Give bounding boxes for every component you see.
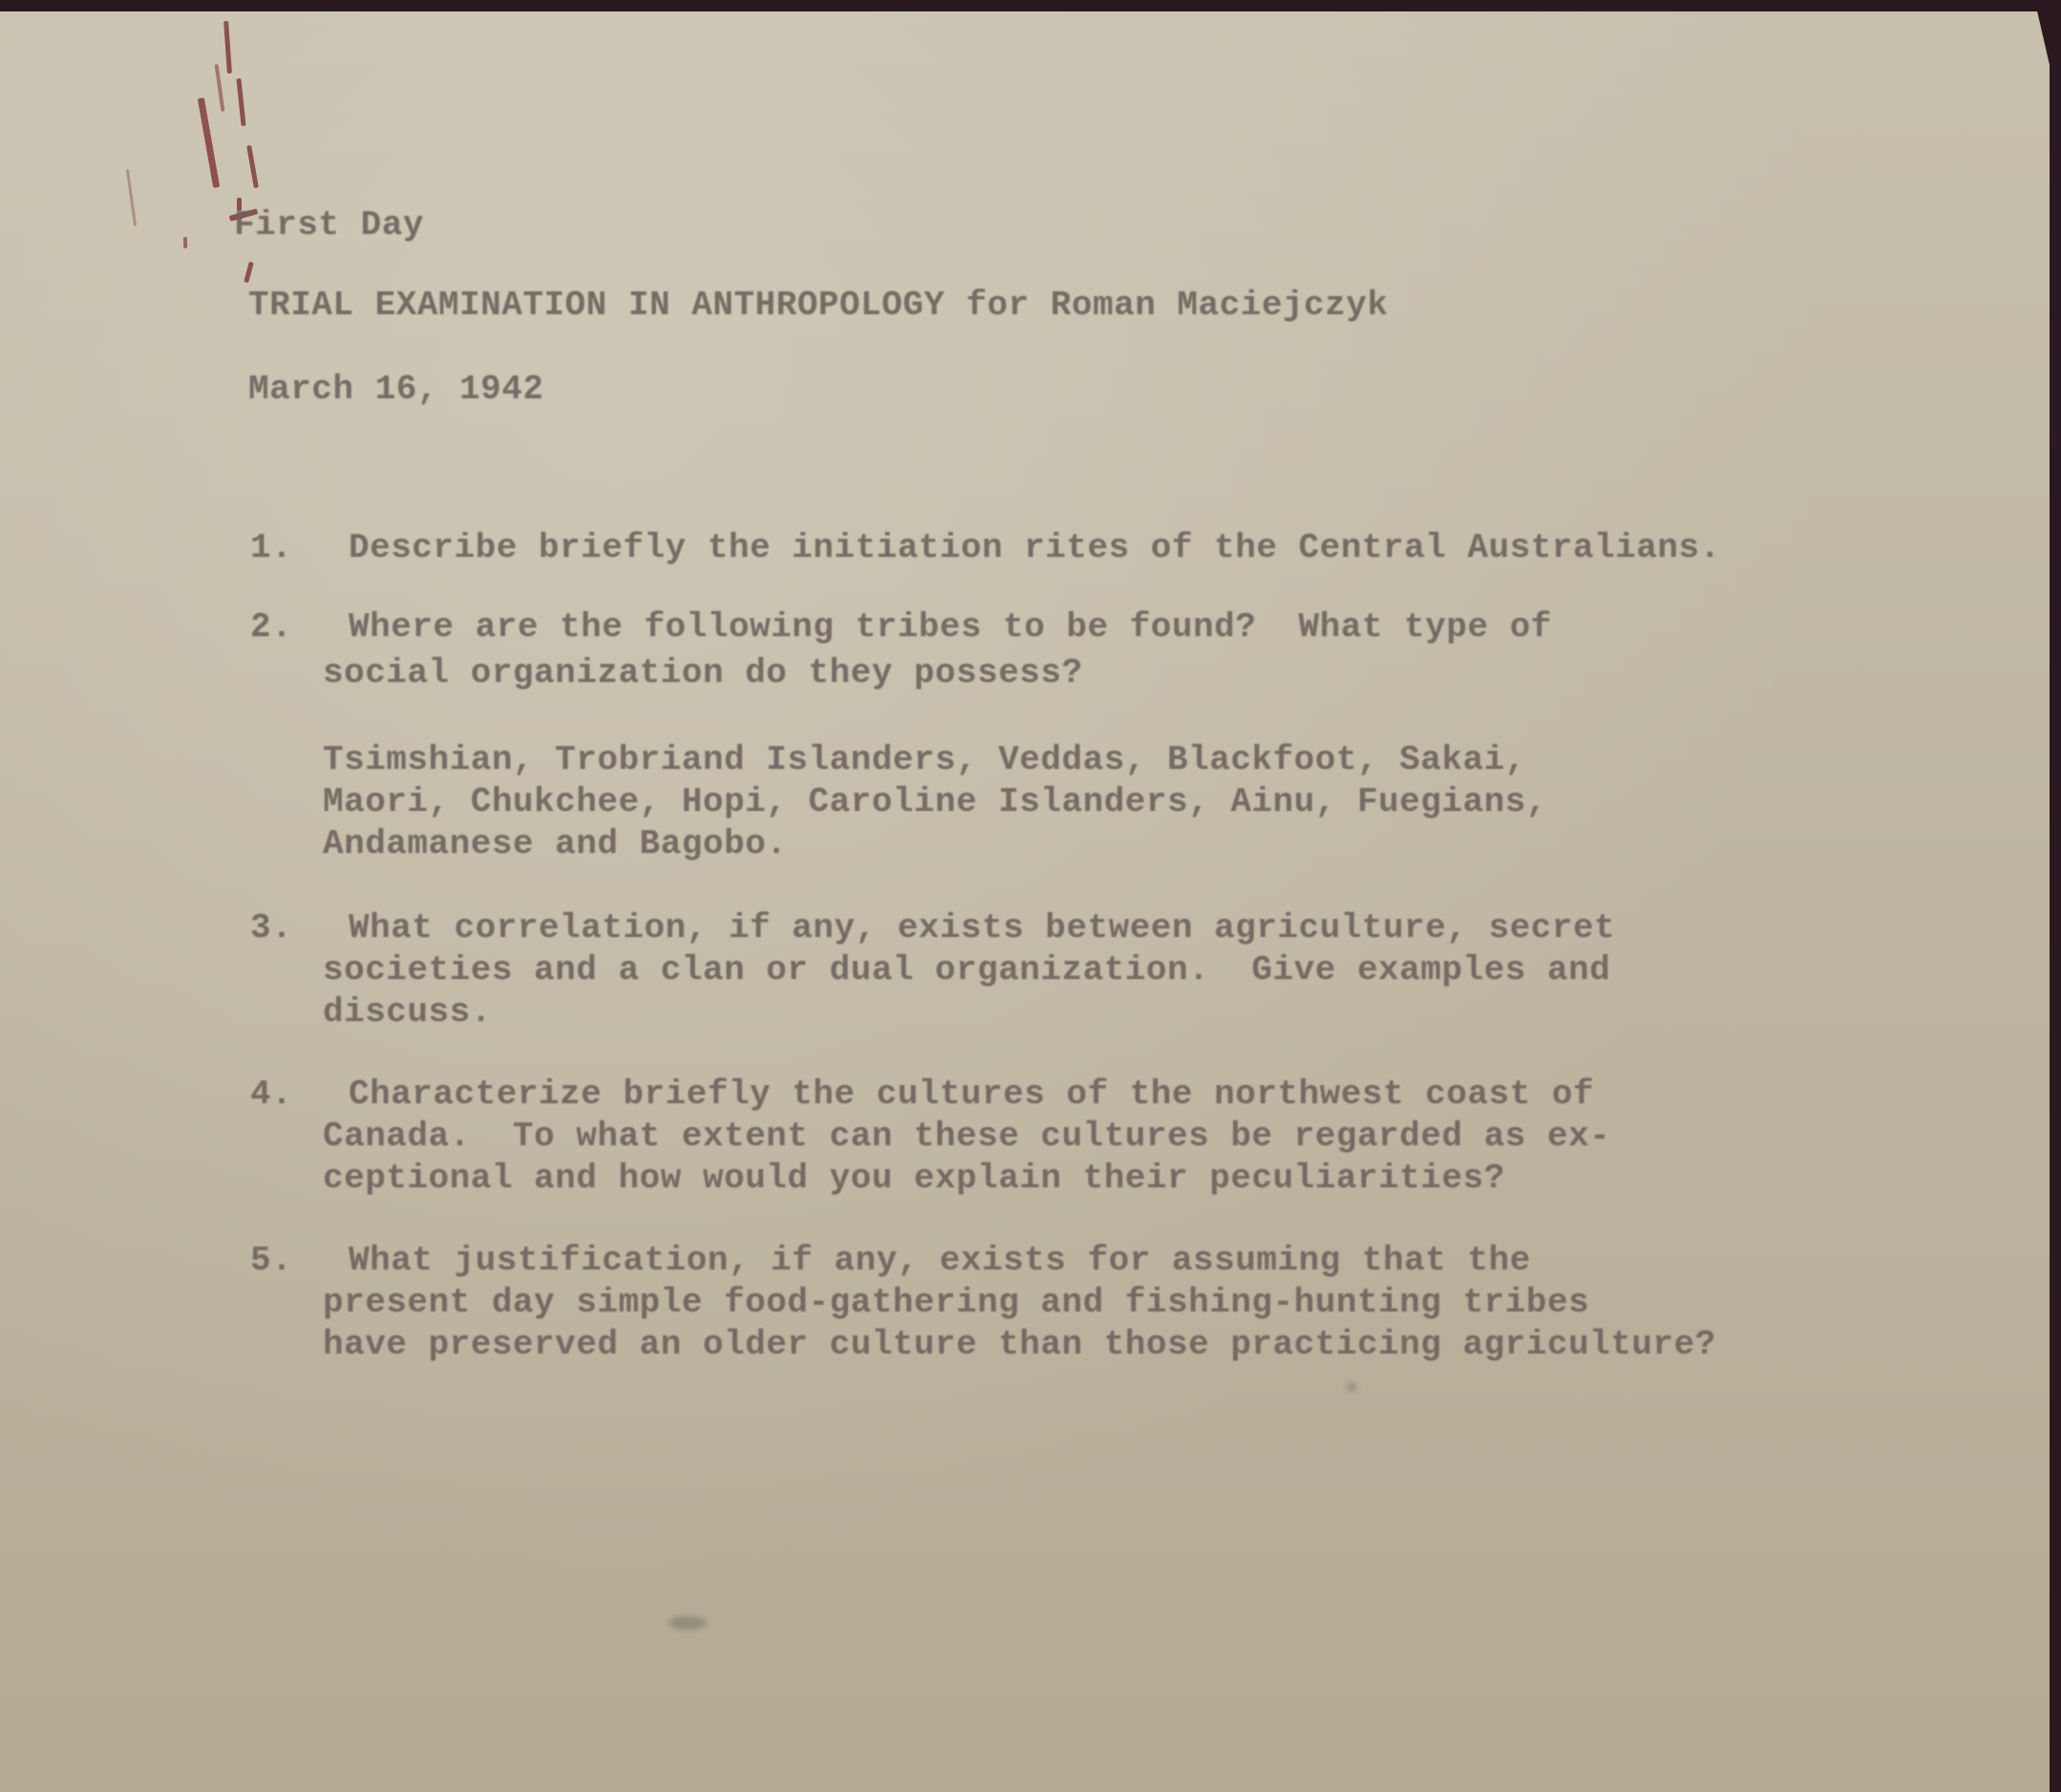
red-mark xyxy=(244,262,254,284)
tribe-list-line: Andamanese and Bagobo. xyxy=(323,823,787,865)
question-text-line: Where are the following tribes to be fou… xyxy=(349,607,1552,649)
red-mark xyxy=(198,97,220,188)
day-label: First Day xyxy=(234,204,424,246)
exam-date: March 16, 1942 xyxy=(248,369,543,411)
question-number: 4. xyxy=(250,1074,292,1116)
exam-title: TRIAL EXAMINATION IN ANTHROPOLOGY for Ro… xyxy=(248,285,1389,327)
question-number: 1. xyxy=(250,527,292,569)
ink-smudge xyxy=(1347,1382,1356,1392)
question-text-line: What correlation, if any, exists between… xyxy=(349,907,1615,949)
red-mark xyxy=(126,169,137,226)
question-text-line: discuss. xyxy=(323,992,492,1034)
tribe-list-line: Tsimshian, Trobriand Islanders, Veddas, … xyxy=(323,739,1526,781)
question-text-line: Describe briefly the initiation rites of… xyxy=(349,527,1721,569)
question-text-line: present day simple food-gathering and fi… xyxy=(323,1282,1589,1324)
question-text-line: Characterize briefly the cultures of the… xyxy=(349,1074,1594,1116)
red-mark xyxy=(183,237,187,248)
ink-smudge xyxy=(669,1616,707,1630)
question-text-line: ceptional and how would you explain thei… xyxy=(323,1158,1505,1200)
red-mark xyxy=(246,145,259,188)
question-text-line: Canada. To what extent can these culture… xyxy=(323,1116,1610,1158)
red-mark xyxy=(236,78,245,126)
red-mark xyxy=(215,64,225,112)
red-mark xyxy=(223,21,232,74)
question-text-line: social organization do they possess? xyxy=(323,652,1083,694)
question-text-line: What justification, if any, exists for a… xyxy=(349,1240,1531,1282)
question-number: 2. xyxy=(250,607,292,649)
question-text-line: societies and a clan or dual organizatio… xyxy=(323,949,1610,992)
question-number: 3. xyxy=(250,907,292,949)
question-text-line: have preserved an older culture than tho… xyxy=(323,1324,1716,1366)
question-number: 5. xyxy=(250,1240,292,1282)
tribe-list-line: Maori, Chukchee, Hopi, Caroline Islander… xyxy=(323,781,1547,823)
paper-sheet: First Day TRIAL EXAMINATION IN ANTHROPOL… xyxy=(0,11,2050,1792)
